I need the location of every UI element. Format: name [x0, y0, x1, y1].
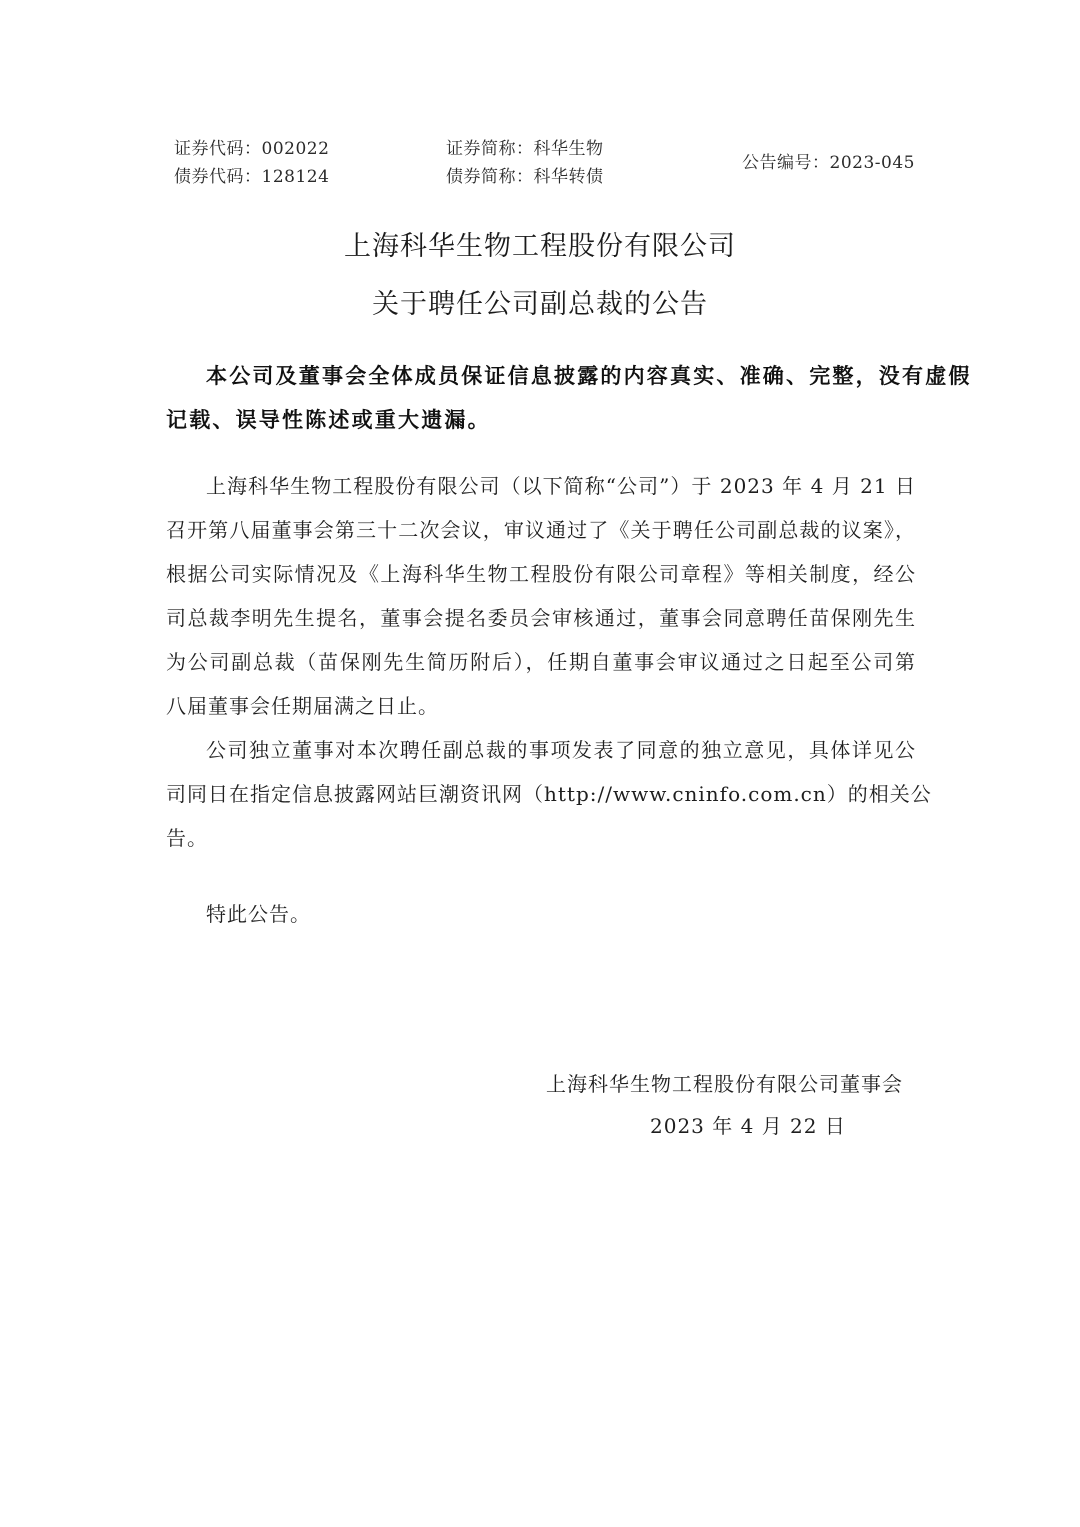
notice-number-label: 公告编号： — [742, 153, 830, 173]
stock-abbr-value: 科华生物 — [534, 139, 604, 159]
paragraph2-line-3: 告。 — [166, 822, 208, 851]
paragraph1-line-2: 召开第八届董事会第三十二次会议，审议通过了《关于聘任公司副总裁的议案》， — [166, 514, 916, 543]
paragraph1-line-3: 根据公司实际情况及《上海科华生物工程股份有限公司章程》等相关制度，经公 — [166, 558, 916, 587]
statement-line-1: 本公司及董事会全体成员保证信息披露的内容真实、准确、完整，没有虚假 — [206, 360, 972, 390]
paragraph2-line-2: 司同日在指定信息披露网站巨潮资讯网（http://www.cninfo.com.… — [166, 778, 916, 807]
stock-abbr-label: 证券简称： — [446, 139, 534, 159]
statement-line-2: 记载、误导性陈述或重大遗漏。 — [166, 404, 491, 434]
bond-code-value: 128124 — [262, 167, 330, 187]
notice-number-value: 2023-045 — [830, 153, 915, 173]
paragraph1-line-6: 八届董事会任期届满之日止。 — [166, 690, 439, 719]
title-company: 上海科华生物工程股份有限公司 — [0, 224, 1080, 263]
stock-code-label: 证券代码： — [174, 139, 262, 159]
bond-abbr: 债券简称：科华转债 — [446, 162, 604, 187]
bond-abbr-value: 科华转债 — [534, 167, 604, 187]
bond-abbr-label: 债券简称： — [446, 167, 534, 187]
stock-code: 证券代码：002022 — [174, 134, 329, 159]
closing-text: 特此公告。 — [206, 898, 311, 927]
bond-code: 债券代码：128124 — [174, 162, 329, 187]
bond-code-label: 债券代码： — [174, 167, 262, 187]
title-subject: 关于聘任公司副总裁的公告 — [0, 282, 1080, 321]
signature-org: 上海科华生物工程股份有限公司董事会 — [546, 1068, 903, 1097]
paragraph1-line-5: 为公司副总裁（苗保刚先生简历附后），任期自董事会审议通过之日起至公司第 — [166, 646, 916, 675]
paragraph2-line-1: 公司独立董事对本次聘任副总裁的事项发表了同意的独立意见，具体详见公 — [206, 734, 916, 763]
paragraph1-line-4: 司总裁李明先生提名，董事会提名委员会审核通过，董事会同意聘任苗保刚先生 — [166, 602, 916, 631]
signature-date: 2023 年 4 月 22 日 — [650, 1110, 846, 1139]
notice-number: 公告编号：2023-045 — [742, 148, 915, 173]
stock-abbr: 证券简称：科华生物 — [446, 134, 604, 159]
paragraph1-line-1: 上海科华生物工程股份有限公司（以下简称“公司”）于 2023 年 4 月 21 … — [206, 470, 916, 499]
stock-code-value: 002022 — [262, 139, 330, 159]
announcement-page: 证券代码：002022 债券代码：128124 证券简称：科华生物 债券简称：科… — [0, 0, 1080, 1527]
